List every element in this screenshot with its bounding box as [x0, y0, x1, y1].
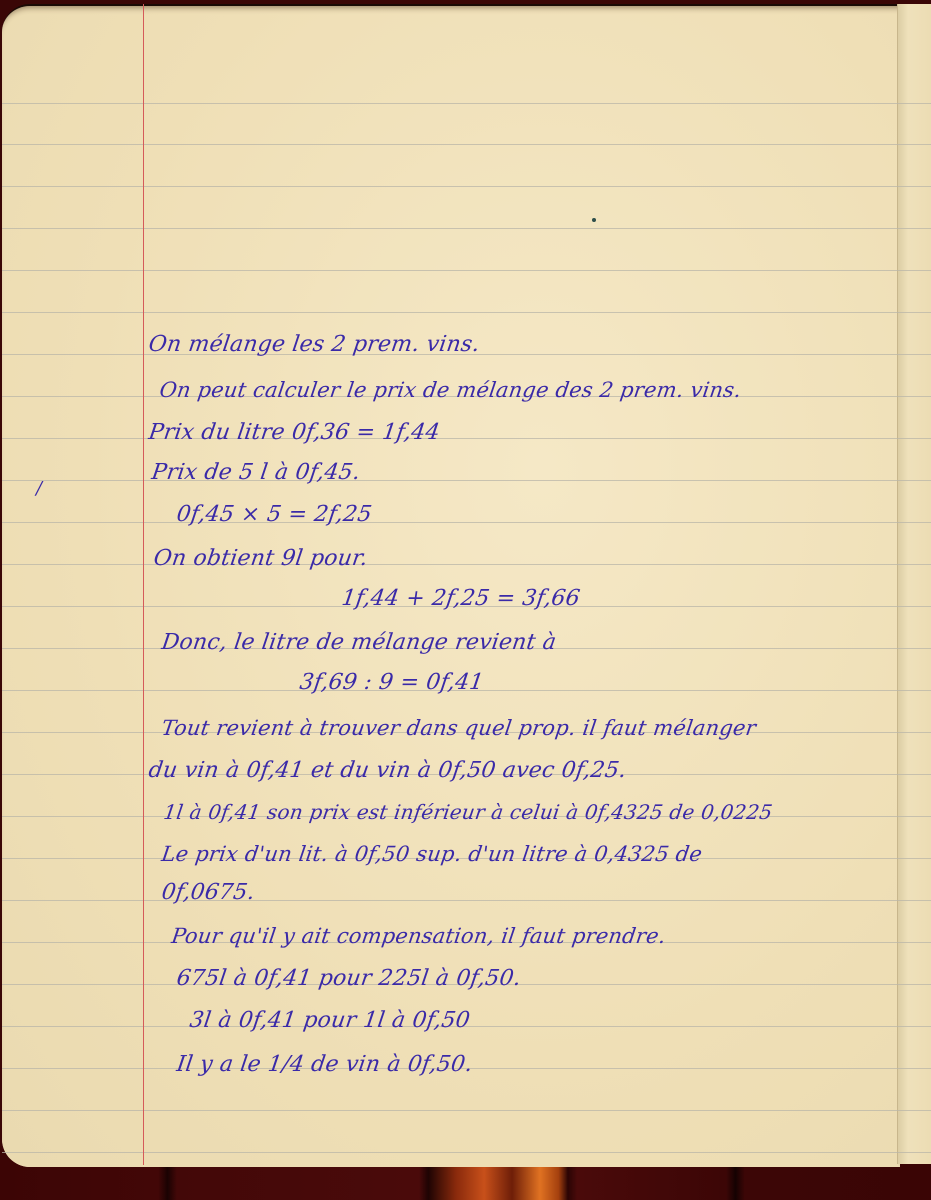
- handwritten-line: 0f,45 × 5 = 2f,25: [175, 502, 373, 527]
- handwritten-line: 3f,69 : 9 = 0f,41: [298, 670, 485, 695]
- handwritten-line: Prix du litre 0f,36 = 1f,44: [147, 420, 441, 445]
- ruled-line: [2, 103, 931, 104]
- handwritten-line: 3l à 0f,41 pour 1l à 0f,50: [188, 1008, 472, 1033]
- margin-mark: /: [36, 478, 42, 499]
- ruled-line: [2, 480, 931, 481]
- handwritten-line: Tout revient à trouver dans quel prop. i…: [160, 716, 758, 740]
- handwritten-line: 1f,44 + 2f,25 = 3f,66: [340, 586, 582, 611]
- handwritten-line: 675l à 0f,41 pour 225l à 0f,50.: [175, 966, 523, 991]
- ruled-line: [2, 564, 931, 565]
- handwritten-line: Prix de 5 l à 0f,45.: [150, 460, 362, 485]
- handwritten-line: 0f,0675.: [160, 880, 256, 905]
- ruled-line: [2, 228, 931, 229]
- handwritten-line: Donc, le litre de mélange revient à: [160, 630, 558, 655]
- handwritten-line: Pour qu'il y ait compensation, il faut p…: [170, 924, 667, 948]
- red-margin-line: [143, 4, 144, 1165]
- ruled-line: [2, 900, 931, 901]
- ruled-line: [2, 144, 931, 145]
- handwritten-line: On peut calculer le prix de mélange des …: [158, 378, 743, 402]
- ruled-line: [2, 438, 931, 439]
- handwritten-line: Le prix d'un lit. à 0f,50 sup. d'un litr…: [160, 842, 704, 866]
- ruled-line: [2, 270, 931, 271]
- handwritten-line: On obtient 9l pour.: [152, 546, 369, 571]
- adjacent-page-edge: [897, 4, 931, 1164]
- handwritten-line: On mélange les 2 prem. vins.: [147, 332, 481, 357]
- ruled-line: [2, 1110, 931, 1111]
- ruled-line: [2, 186, 931, 187]
- handwritten-line: 1l à 0f,41 son prix est inférieur à celu…: [162, 800, 774, 824]
- ruled-line: [2, 312, 931, 313]
- handwritten-line: Il y a le 1/4 de vin à 0f,50.: [175, 1052, 474, 1077]
- ruled-line: [2, 1152, 931, 1153]
- handwritten-line: du vin à 0f,41 et du vin à 0f,50 avec 0f…: [147, 758, 628, 783]
- ink-speck: [592, 218, 596, 222]
- ruled-line: [2, 522, 931, 523]
